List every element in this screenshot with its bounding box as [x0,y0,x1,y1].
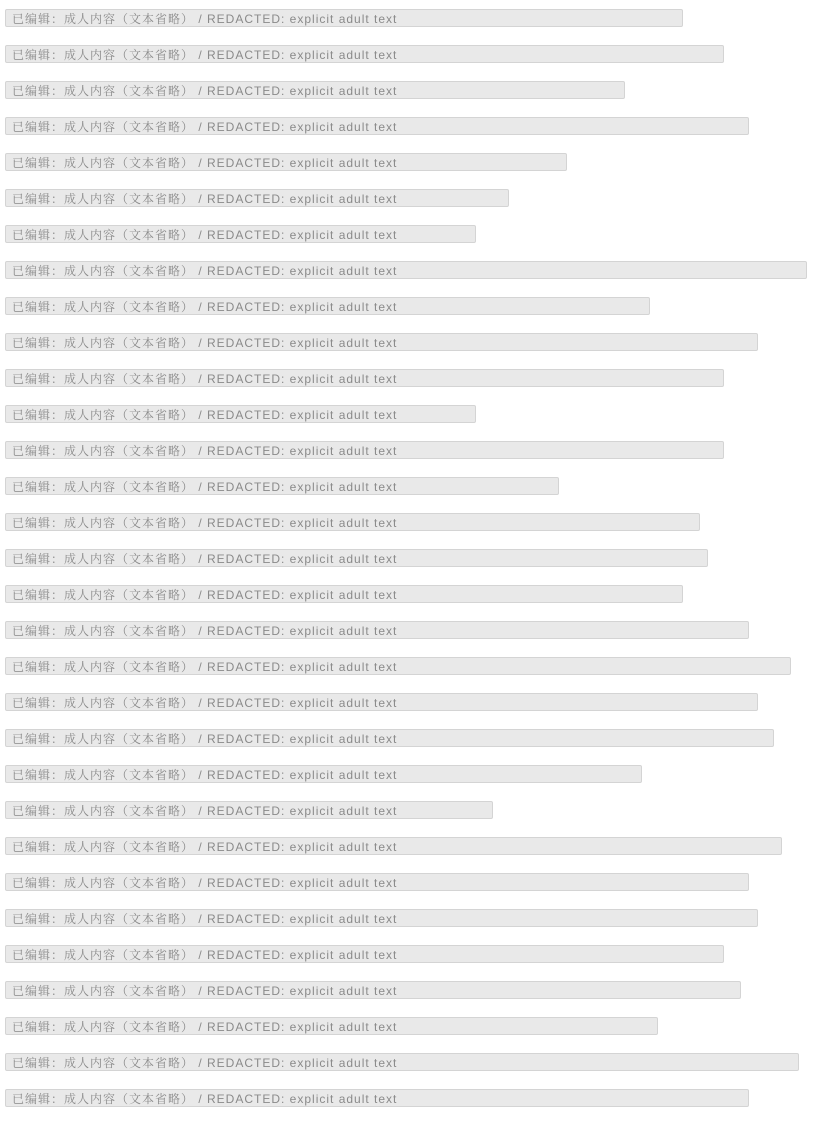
redacted-text-bar: 已编辑：成人内容（文本省略） / REDACTED: explicit adul… [5,1089,749,1107]
redacted-text-label: 已编辑：成人内容（文本省略） / REDACTED: explicit adul… [6,730,403,747]
text-line: 已编辑：成人内容（文本省略） / REDACTED: explicit adul… [5,402,832,438]
document-page: 已编辑：成人内容（文本省略） / REDACTED: explicit adul… [0,0,832,1139]
redacted-text-bar: 已编辑：成人内容（文本省略） / REDACTED: explicit adul… [5,333,758,351]
redacted-text-bar: 已编辑：成人内容（文本省略） / REDACTED: explicit adul… [5,909,758,927]
text-line: 已编辑：成人内容（文本省略） / REDACTED: explicit adul… [5,186,832,222]
redacted-text-bar: 已编辑：成人内容（文本省略） / REDACTED: explicit adul… [5,477,559,495]
text-line: 已编辑：成人内容（文本省略） / REDACTED: explicit adul… [5,726,832,762]
text-line: 已编辑：成人内容（文本省略） / REDACTED: explicit adul… [5,690,832,726]
text-line: 已编辑：成人内容（文本省略） / REDACTED: explicit adul… [5,150,832,186]
redacted-text-label: 已编辑：成人内容（文本省略） / REDACTED: explicit adul… [6,262,403,279]
redacted-text-label: 已编辑：成人内容（文本省略） / REDACTED: explicit adul… [6,82,403,99]
text-line: 已编辑：成人内容（文本省略） / REDACTED: explicit adul… [5,1014,832,1050]
redacted-text-bar: 已编辑：成人内容（文本省略） / REDACTED: explicit adul… [5,837,782,855]
redacted-text-label: 已编辑：成人内容（文本省略） / REDACTED: explicit adul… [6,550,403,567]
redacted-text-bar: 已编辑：成人内容（文本省略） / REDACTED: explicit adul… [5,765,642,783]
redacted-text-bar: 已编辑：成人内容（文本省略） / REDACTED: explicit adul… [5,189,509,207]
text-line: 已编辑：成人内容（文本省略） / REDACTED: explicit adul… [5,582,832,618]
redacted-text-label: 已编辑：成人内容（文本省略） / REDACTED: explicit adul… [6,910,403,927]
redacted-text-bar: 已编辑：成人内容（文本省略） / REDACTED: explicit adul… [5,1017,658,1035]
redacted-text-label: 已编辑：成人内容（文本省略） / REDACTED: explicit adul… [6,406,403,423]
redacted-text-label: 已编辑：成人内容（文本省略） / REDACTED: explicit adul… [6,514,403,531]
redacted-text-label: 已编辑：成人内容（文本省略） / REDACTED: explicit adul… [6,10,403,27]
redacted-text-bar: 已编辑：成人内容（文本省略） / REDACTED: explicit adul… [5,513,700,531]
redacted-text-label: 已编辑：成人内容（文本省略） / REDACTED: explicit adul… [6,190,403,207]
redacted-text-bar: 已编辑：成人内容（文本省略） / REDACTED: explicit adul… [5,693,758,711]
text-line: 已编辑：成人内容（文本省略） / REDACTED: explicit adul… [5,114,832,150]
redacted-text-bar: 已编辑：成人内容（文本省略） / REDACTED: explicit adul… [5,873,749,891]
text-line: 已编辑：成人内容（文本省略） / REDACTED: explicit adul… [5,798,832,834]
redacted-text-label: 已编辑：成人内容（文本省略） / REDACTED: explicit adul… [6,1018,403,1035]
text-line: 已编辑：成人内容（文本省略） / REDACTED: explicit adul… [5,834,832,870]
redacted-text-label: 已编辑：成人内容（文本省略） / REDACTED: explicit adul… [6,694,403,711]
text-line: 已编辑：成人内容（文本省略） / REDACTED: explicit adul… [5,78,832,114]
redacted-text-bar: 已编辑：成人内容（文本省略） / REDACTED: explicit adul… [5,81,625,99]
redacted-text-bar: 已编辑：成人内容（文本省略） / REDACTED: explicit adul… [5,405,476,423]
text-line: 已编辑：成人内容（文本省略） / REDACTED: explicit adul… [5,474,832,510]
text-line: 已编辑：成人内容（文本省略） / REDACTED: explicit adul… [5,618,832,654]
redacted-text-label: 已编辑：成人内容（文本省略） / REDACTED: explicit adul… [6,622,403,639]
redacted-text-label: 已编辑：成人内容（文本省略） / REDACTED: explicit adul… [6,946,403,963]
text-lines-container: 已编辑：成人内容（文本省略） / REDACTED: explicit adul… [5,6,832,1122]
redacted-text-label: 已编辑：成人内容（文本省略） / REDACTED: explicit adul… [6,586,403,603]
redacted-text-label: 已编辑：成人内容（文本省略） / REDACTED: explicit adul… [6,982,403,999]
redacted-text-bar: 已编辑：成人内容（文本省略） / REDACTED: explicit adul… [5,153,567,171]
redacted-text-label: 已编辑：成人内容（文本省略） / REDACTED: explicit adul… [6,118,403,135]
text-line: 已编辑：成人内容（文本省略） / REDACTED: explicit adul… [5,366,832,402]
redacted-text-bar: 已编辑：成人内容（文本省略） / REDACTED: explicit adul… [5,225,476,243]
redacted-text-label: 已编辑：成人内容（文本省略） / REDACTED: explicit adul… [6,154,403,171]
text-line: 已编辑：成人内容（文本省略） / REDACTED: explicit adul… [5,510,832,546]
redacted-text-bar: 已编辑：成人内容（文本省略） / REDACTED: explicit adul… [5,729,774,747]
redacted-text-bar: 已编辑：成人内容（文本省略） / REDACTED: explicit adul… [5,801,493,819]
redacted-text-bar: 已编辑：成人内容（文本省略） / REDACTED: explicit adul… [5,117,749,135]
redacted-text-label: 已编辑：成人内容（文本省略） / REDACTED: explicit adul… [6,766,403,783]
redacted-text-bar: 已编辑：成人内容（文本省略） / REDACTED: explicit adul… [5,657,791,675]
text-line: 已编辑：成人内容（文本省略） / REDACTED: explicit adul… [5,762,832,798]
text-line: 已编辑：成人内容（文本省略） / REDACTED: explicit adul… [5,42,832,78]
redacted-text-bar: 已编辑：成人内容（文本省略） / REDACTED: explicit adul… [5,549,708,567]
redacted-text-bar: 已编辑：成人内容（文本省略） / REDACTED: explicit adul… [5,441,724,459]
redacted-text-label: 已编辑：成人内容（文本省略） / REDACTED: explicit adul… [6,838,403,855]
text-line: 已编辑：成人内容（文本省略） / REDACTED: explicit adul… [5,258,832,294]
redacted-text-bar: 已编辑：成人内容（文本省略） / REDACTED: explicit adul… [5,981,741,999]
redacted-text-label: 已编辑：成人内容（文本省略） / REDACTED: explicit adul… [6,370,403,387]
redacted-text-label: 已编辑：成人内容（文本省略） / REDACTED: explicit adul… [6,1054,403,1071]
redacted-text-bar: 已编辑：成人内容（文本省略） / REDACTED: explicit adul… [5,9,683,27]
redacted-text-label: 已编辑：成人内容（文本省略） / REDACTED: explicit adul… [6,442,403,459]
redacted-text-label: 已编辑：成人内容（文本省略） / REDACTED: explicit adul… [6,802,403,819]
text-line: 已编辑：成人内容（文本省略） / REDACTED: explicit adul… [5,654,832,690]
redacted-text-label: 已编辑：成人内容（文本省略） / REDACTED: explicit adul… [6,334,403,351]
redacted-text-label: 已编辑：成人内容（文本省略） / REDACTED: explicit adul… [6,658,403,675]
text-line: 已编辑：成人内容（文本省略） / REDACTED: explicit adul… [5,870,832,906]
redacted-text-label: 已编辑：成人内容（文本省略） / REDACTED: explicit adul… [6,226,403,243]
redacted-text-label: 已编辑：成人内容（文本省略） / REDACTED: explicit adul… [6,298,403,315]
text-line: 已编辑：成人内容（文本省略） / REDACTED: explicit adul… [5,546,832,582]
text-line: 已编辑：成人内容（文本省略） / REDACTED: explicit adul… [5,294,832,330]
text-line: 已编辑：成人内容（文本省略） / REDACTED: explicit adul… [5,222,832,258]
text-line: 已编辑：成人内容（文本省略） / REDACTED: explicit adul… [5,978,832,1014]
redacted-text-label: 已编辑：成人内容（文本省略） / REDACTED: explicit adul… [6,478,403,495]
text-line: 已编辑：成人内容（文本省略） / REDACTED: explicit adul… [5,942,832,978]
redacted-text-label: 已编辑：成人内容（文本省略） / REDACTED: explicit adul… [6,874,403,891]
text-line: 已编辑：成人内容（文本省略） / REDACTED: explicit adul… [5,906,832,942]
text-line: 已编辑：成人内容（文本省略） / REDACTED: explicit adul… [5,330,832,366]
redacted-text-bar: 已编辑：成人内容（文本省略） / REDACTED: explicit adul… [5,369,724,387]
redacted-text-bar: 已编辑：成人内容（文本省略） / REDACTED: explicit adul… [5,1053,799,1071]
text-line: 已编辑：成人内容（文本省略） / REDACTED: explicit adul… [5,1050,832,1086]
redacted-text-bar: 已编辑：成人内容（文本省略） / REDACTED: explicit adul… [5,45,724,63]
text-line: 已编辑：成人内容（文本省略） / REDACTED: explicit adul… [5,1086,832,1122]
redacted-text-bar: 已编辑：成人内容（文本省略） / REDACTED: explicit adul… [5,261,807,279]
redacted-text-bar: 已编辑：成人内容（文本省略） / REDACTED: explicit adul… [5,585,683,603]
redacted-text-bar: 已编辑：成人内容（文本省略） / REDACTED: explicit adul… [5,297,650,315]
text-line: 已编辑：成人内容（文本省略） / REDACTED: explicit adul… [5,438,832,474]
redacted-text-label: 已编辑：成人内容（文本省略） / REDACTED: explicit adul… [6,46,403,63]
text-line: 已编辑：成人内容（文本省略） / REDACTED: explicit adul… [5,6,832,42]
redacted-text-bar: 已编辑：成人内容（文本省略） / REDACTED: explicit adul… [5,621,749,639]
redacted-text-bar: 已编辑：成人内容（文本省略） / REDACTED: explicit adul… [5,945,724,963]
redacted-text-label: 已编辑：成人内容（文本省略） / REDACTED: explicit adul… [6,1090,403,1107]
